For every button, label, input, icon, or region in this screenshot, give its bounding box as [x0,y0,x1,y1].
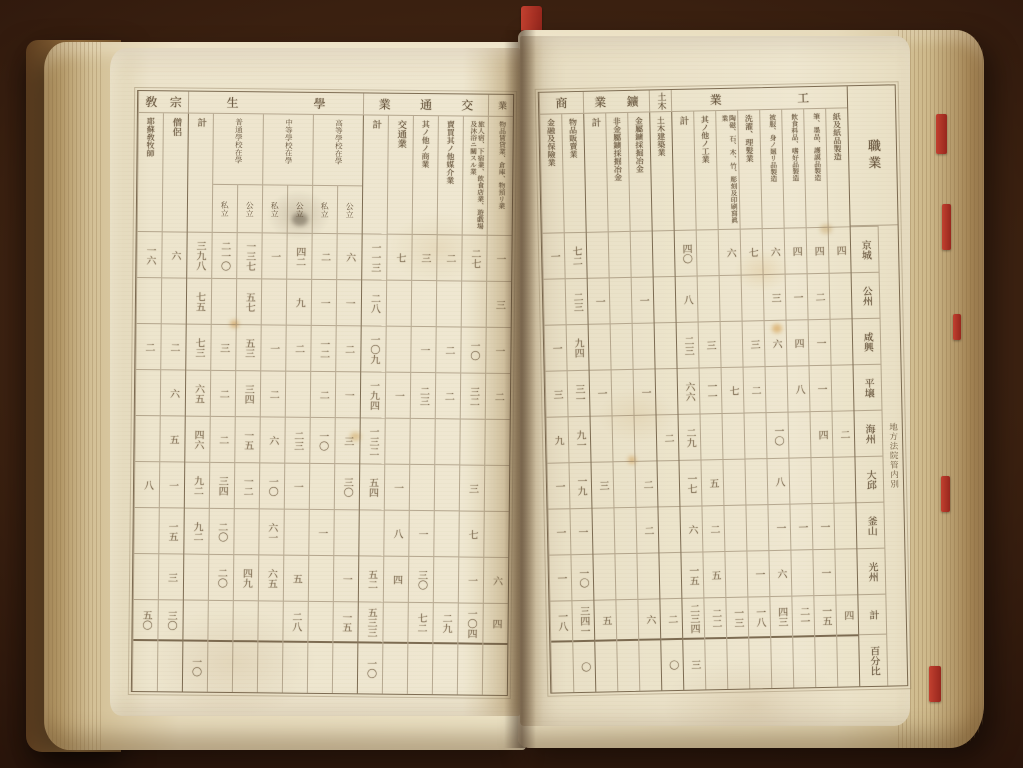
table-cell: 六 [719,229,741,275]
group-header: 敎宗 [138,91,188,113]
group-header: 土木 [649,90,671,111]
table-cell [831,318,853,364]
table-cell: 一三七 [237,232,262,278]
table-cell [137,277,161,323]
red-bookmark-tab [953,314,961,340]
table-cell [837,634,859,686]
table-cell [258,600,282,640]
column-header: 非金屬鑛採掘冶金 [606,113,629,231]
table-cell: 二 [210,416,234,462]
table-cell [727,637,749,689]
data-area: 業工土木業鑛商紙及紙品製造四二四筆、墨品、護謨品製造四二一一四一一一五飲食料品、… [539,86,859,692]
table-cell [609,231,631,277]
table-cell [745,458,767,504]
table-cell [434,510,458,556]
table-cell [332,641,357,693]
table-cell: 二三 [677,322,699,368]
table-cell: 二 [744,366,766,412]
table-cell [410,464,434,510]
table-cell [458,642,483,694]
row-label: 海州 [854,410,882,457]
table-cell [635,414,657,460]
table-cell: 一 [810,365,832,411]
column-header: 賣買其ノ他媒介業 [438,116,463,234]
red-bookmark-tab [936,114,947,154]
table-cell: 一〇 [183,640,208,692]
column-header: 陶磁、石、木、竹、彫刻及印刷寫眞業 [716,111,739,229]
table-cell [232,640,257,692]
table-cell [433,642,458,694]
table-cell: 五 [701,459,723,505]
column-header: 計 [363,115,388,233]
table-cell: 三 [683,637,705,689]
table-cell: 七 [741,228,763,274]
table-cell [208,640,232,692]
table-cell: 二 [436,326,460,372]
table-cell: 四 [836,594,858,634]
table-cell: 二 [832,410,854,456]
table-cell [631,230,653,276]
table-cell [359,509,383,555]
table-cell: 一 [812,503,834,549]
table-cell [835,548,857,594]
column-header: 交通業 [388,116,413,234]
table-cell: 三〇 [409,556,433,602]
table-cell: 六 [680,505,702,551]
table-cell: 四 [384,556,408,602]
table-cell [183,600,207,640]
table-cell [284,509,309,555]
table-cell [589,323,611,369]
column-header: 計 [188,114,213,232]
table-cell: 二 [161,323,185,369]
table-cell: 一 [262,232,286,278]
table-cell: 四六 [185,416,209,462]
column-header: 紙及紙品製造 [826,108,849,226]
table-cell: 二三 [566,278,588,324]
row-label: 公州 [852,272,880,319]
column-header: 計 [672,112,695,230]
table-cell: 二 [261,370,285,416]
row-label: 百分比 [859,634,887,687]
table-cell: 一二 [234,462,259,508]
table-cell: 八 [676,276,698,322]
table-cell: 三〇 [158,599,182,639]
table-cell: 一六 [137,231,161,277]
table-cell: 一九四 [361,371,385,417]
table-cell: 九二 [184,508,208,554]
table-cell: 一 [545,324,567,370]
table-cell: 六 [763,228,785,274]
table-cell: 一〇 [766,412,788,458]
table-cell: 一一三 [362,233,386,279]
table-cell: 二 [636,506,658,552]
book-spine-gutter [504,30,536,748]
table-cell: 六 [638,598,660,638]
table-cell [435,418,459,464]
column-group-header: 普通學校在學 [213,114,263,185]
table-cell: 五 [703,551,725,597]
table-cell: 六 [161,369,185,415]
table-cell: 一 [549,554,571,600]
table-cell [434,556,458,602]
group-header: 業工 [671,86,847,111]
table-cell: 一 [548,508,570,554]
sub-column-header: 私立 [263,184,287,232]
table-cell: 二三 [411,372,435,418]
table-cell [697,229,719,275]
table-cell [724,505,746,551]
table-cell [133,639,158,691]
table-cell: 八 [135,461,159,507]
table-cell: 三 [743,320,765,366]
table-cell [462,280,486,326]
table-cell: 七五 [187,278,211,324]
table-cell: 一五 [235,416,260,462]
table-cell: 七三 [186,324,210,370]
table-cell [815,635,837,687]
table-cell: 一 [543,232,565,278]
table-cell [285,371,310,417]
sub-column-header: 公立 [287,185,312,233]
column-header: 金屬鑛採掘冶金 [628,112,651,230]
right-page: 職業地方法院管内別京城公州咸興平壌海州大邱釜山光州計百分比業工土木業鑛商紙及紙品… [520,36,910,726]
table-cell: 一 [333,555,358,601]
table-cell: 一〇九 [361,325,385,371]
table-cell: 一〇 [310,417,334,463]
table-cell [723,459,745,505]
table-cell: 二 [635,460,657,506]
row-label: 計 [858,594,886,635]
table-cell: 二九 [433,602,457,642]
column-header: 耶蘇敎牧師 [138,113,163,231]
table-cell [832,364,854,410]
table-cell [615,553,637,599]
row-label: 釜山 [856,502,884,549]
table-cell: 二 [657,414,679,460]
table-cell [595,639,617,691]
data-columns: 紙及紙品製造四二四筆、墨品、護謨品製造四二一一四一一一五飲食料品、嗜好品製造四一… [539,108,859,692]
table-cell [135,415,159,461]
table-cell [639,638,661,690]
data-area: 業業通交生學敎宗物品賃貸業、倉庫、物預リ業一三一二六四旅人宿、下宿業、飲食店業、… [132,91,513,695]
table-cell [134,553,158,599]
table-cell: 一 [386,372,410,418]
table-cell: 二 [702,505,724,551]
table-cell: 三 [335,417,360,463]
table-cell [408,642,433,694]
table-cell: 一五 [814,595,836,635]
table-cell: 七 [387,234,411,280]
table-cell: 一 [632,276,654,322]
row-label: 咸興 [853,318,881,365]
table-cell: 一 [548,462,570,508]
table-cell: 一 [790,503,812,549]
table-cell: 二 [136,323,160,369]
column-header: 計 [584,113,607,231]
table-cell: 四九 [233,554,258,600]
table-cell: 九 [286,279,311,325]
table-cell [701,413,723,459]
table-cell: 〇 [661,638,683,690]
table-cell: 二 [311,371,335,417]
table-cell: 一七 [679,459,701,505]
table-cell: 九 [547,416,569,462]
table-cell [234,508,259,554]
table-cell: 一〇 [571,554,593,600]
table-cell [830,272,852,318]
table-cell: 二 [660,598,682,638]
table-cell [720,275,742,321]
table-cell: 四 [785,227,807,273]
table-cell: 七二 [408,602,432,642]
table-cell: 二〇 [209,508,233,554]
table-cell: 一 [385,464,409,510]
table-cell: 三四一 [572,600,594,640]
table-cell: 四 [829,226,851,272]
table-cell: 一〇四 [458,602,482,642]
table-cell: 三一 [568,370,590,416]
table-cell [437,280,461,326]
left-page-table: 業業通交生學敎宗物品賃貸業、倉庫、物預リ業一三一二六四旅人宿、下宿業、飲食店業、… [131,90,514,696]
table-cell [744,412,766,458]
table-cell [308,601,332,641]
table-cell: 二 [286,325,311,371]
red-bookmark-tab [942,204,951,250]
row-label: 光州 [857,548,885,595]
table-cell: 二 [437,234,461,280]
table-cell [385,418,409,464]
group-header: 業鑛 [583,90,649,112]
table-cell: 九一 [569,416,591,462]
table-cell: 二一 [792,595,814,635]
table-cell [258,640,282,692]
table-cell [551,640,573,692]
table-cell [746,504,768,550]
table-cell [435,464,459,510]
table-cell: 五 [283,555,308,601]
table-cell: 二 [808,273,830,319]
table-cell: 五 [160,415,184,461]
table-cell: 一 [411,326,435,372]
table-cell: 四〇 [675,230,697,276]
table-cell: 五四 [360,463,384,509]
table-cell: 一 [160,461,184,507]
corner-header: 職業 [848,85,898,226]
table-cell: 六一 [259,508,283,554]
column-header: 金融及保險業 [540,114,563,232]
table-cell [834,502,856,548]
table-cell: 八 [384,510,408,556]
table-cell [410,418,434,464]
column-header: 其ノ他ノ商業 [413,116,438,234]
table-cell [656,368,678,414]
column-header: 物品販賣業 [562,114,585,232]
table-cell [788,411,810,457]
table-cell: 四三 [770,596,792,636]
table-cell: 一 [747,550,769,596]
table-cell [833,456,855,502]
table-cell: 三四 [235,370,260,416]
table-cell: 一 [768,504,790,550]
table-cell: 三 [591,461,613,507]
table-cell [591,415,613,461]
table-cell [657,460,679,506]
sub-column-header: 公立 [337,185,362,233]
table-cell [309,555,333,601]
table-cell: 五二 [359,555,383,601]
table-cell [658,506,680,552]
table-cell: 一三 [726,597,748,637]
table-cell: 五七 [236,278,261,324]
column-group-header: 中等學校在學 [263,114,313,185]
table-cell: 一 [786,273,808,319]
table-cell [544,278,566,324]
table-cell: 一 [570,508,592,554]
table-cell [387,280,411,326]
table-cell: 一〇 [260,462,284,508]
table-cell: 一八 [550,600,572,640]
table-cell [460,418,484,464]
table-cell [705,637,727,689]
table-cell [613,461,635,507]
table-cell: 二一〇 [212,232,236,278]
group-header: 生學 [188,92,363,115]
row-label: 大邱 [855,456,883,503]
table-cell: 二九 [679,413,701,459]
table-cell: 六六 [678,368,700,414]
table-cell: 五三三 [358,601,382,641]
table-cell [789,457,811,503]
column-group-header: 高等學校在學 [313,115,363,186]
left-page: 業業通交生學敎宗物品賃貸業、倉庫、物預リ業一三一二六四旅人宿、下宿業、飲食店業、… [110,48,520,716]
table-cell [698,275,720,321]
table-cell: 二 [336,325,361,371]
table-cell: 八 [788,365,810,411]
column-header: 筆、墨品、護謨品製造 [804,109,827,227]
table-cell: 一 [335,371,360,417]
table-cell: 一五 [159,507,183,553]
table-cell [334,509,359,555]
table-cell [587,231,609,277]
table-cell: 六 [765,320,787,366]
table-cell: 七 [459,510,483,556]
table-cell [612,369,634,415]
data-columns: 物品賃貸業、倉庫、物預リ業一三一二六四旅人宿、下宿業、飲食店業、遊戯場及沐浴ニ關… [132,113,513,695]
table-cell: 一一 [700,367,722,413]
group-header: 商 [539,92,583,114]
table-cell: 二 [436,372,460,418]
table-cell [233,600,258,640]
table-cell: 六五 [186,370,210,416]
table-cell: 一 [634,368,656,414]
table-cell: 六 [260,416,284,462]
row-label-area: 地方法院管内別京城公州咸興平壌海州大邱釜山光州計百分比 [851,225,908,686]
table-cell: 三 [764,274,786,320]
table-cell: 三四 [210,462,234,508]
table-cell: 一 [309,509,333,555]
sub-columns: 公立四二九二二三一五二八私立一一二六一〇六一六五 [258,184,312,692]
table-cell [617,639,639,691]
table-cell: 一〇 [461,326,485,372]
table-cell [742,274,764,320]
table-cell: 五 [594,599,616,639]
sub-column-header: 公立 [237,184,262,232]
table-cell [208,600,232,640]
column-header: 其ノ他ノ工業 [694,111,717,229]
table-cell: 〇 [573,640,595,692]
table-cell: 三 [546,370,568,416]
table-cell: 四二 [287,233,312,279]
column-group: 普通學校在學公立一三七五七五三三四一五一二四九私立二一〇三二二三四二〇二〇 [207,114,263,692]
table-cell [212,278,236,324]
table-cell: 三 [460,464,484,510]
sub-column-header: 私立 [313,185,337,233]
table-cell [637,552,659,598]
table-cell: 一 [409,510,433,556]
table-cell [659,552,681,598]
table-cell: 三 [412,234,436,280]
table-cell [386,326,410,372]
table-cell: 二八 [283,601,308,641]
table-cell: 一 [588,277,610,323]
table-cell: 一 [261,324,285,370]
table-cell: 三 [699,321,721,367]
table-cell [158,639,183,691]
table-cell [749,636,771,688]
table-cell: 三 [159,553,183,599]
column-header: 被服、身ノ廻リ品製造 [760,110,783,228]
table-cell [723,413,745,459]
group-header: 業通交 [363,93,488,115]
sub-columns: 公立一三七五七五三三四一五一二四九私立二一〇三二二三四二〇二〇 [208,184,262,692]
table-cell: 九二 [185,462,209,508]
table-cell: 二三 [285,417,310,463]
table-cell [412,280,436,326]
table-cell [655,322,677,368]
table-cell: 一三二 [360,417,384,463]
table-cell [766,366,788,412]
column-header: 旅人宿、下宿業、飲食店業、遊戯場及沐浴ニ關スル業 [463,116,488,234]
red-bookmark-tab [941,476,950,512]
table-cell [616,599,638,639]
table-cell: 三九八 [187,232,211,278]
table-cell [793,635,815,687]
table-cell [771,636,793,688]
table-cell [611,323,633,369]
table-cell [383,642,408,694]
table-cell [614,507,636,553]
table-cell [592,507,614,553]
table-cell [310,463,334,509]
column-group: 中等學校在學公立四二九二二三一五二八私立一一二六一〇六一六五 [257,114,313,692]
table-cell [791,549,813,595]
table-cell: 二 [312,233,336,279]
table-cell: 二二 [704,597,726,637]
sub-columns: 公立六一二一三三〇一一五私立二一一二二一〇一 [308,185,362,693]
table-cell [593,553,615,599]
table-cell [308,641,332,693]
table-cell: 七 [722,367,744,413]
table-cell: 二八 [362,279,386,325]
sub-column-header: 私立 [213,184,237,232]
column-header: 僧侶 [163,113,188,231]
page-edge-lines [44,42,104,750]
table-cell [383,602,407,642]
table-cell: 三〇 [334,463,359,509]
table-cell [282,641,307,693]
table-cell: 一 [284,463,309,509]
